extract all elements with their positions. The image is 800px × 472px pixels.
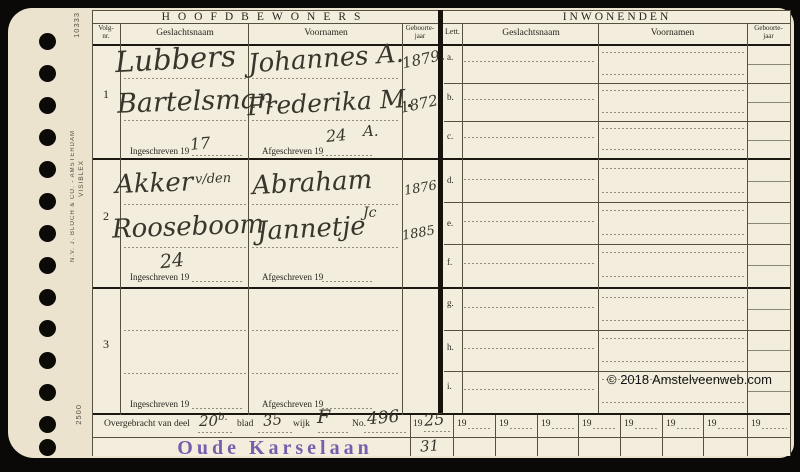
dotted-line [124,247,246,248]
year-cell-label: 19 [457,419,467,430]
rule [748,140,790,141]
row-letter: b. [447,92,454,102]
dotted-line [602,112,745,113]
transfer-value-wijk: F [317,408,330,427]
transfer-label-no: No. [352,419,366,430]
dotted-line [464,179,596,180]
row-letter: h. [447,342,454,352]
year-cell-label: 19 [624,419,634,430]
inwonenden-title: INWONENDEN [444,11,790,24]
ingeschreven-label: Ingeschreven 19 [130,146,189,156]
dotted-line [464,263,596,264]
row-letter: e. [447,218,453,228]
dotted-line [192,155,244,156]
copyright-watermark: © 2018 Amstelveenweb.com [607,372,772,387]
rule [747,415,748,456]
dotted-line [252,247,398,248]
header-geboortejaar-right: Geboorte- jaar [747,25,790,41]
handwritten-geslachtsnaam: Lubbers [114,42,236,77]
dotted-line [602,234,745,235]
rule [748,350,790,351]
dotted-line [602,320,745,321]
afgeschreven-label: Afgeschreven 19 [262,272,323,282]
punch-hole [39,65,56,82]
dotted-line [464,389,596,390]
dotted-line [602,297,745,298]
dotted-line [635,428,659,429]
dotted-line [677,428,700,429]
row-letter: d. [447,175,454,185]
hoofdbewoners-title: HOOFDBEWONERS [92,11,438,24]
dotted-line [602,168,745,169]
rule [748,181,790,182]
row-letter: f. [447,257,452,267]
dotted-line [464,61,596,62]
dotted-line [602,52,745,53]
header-voornamen: Voornamen [252,28,400,39]
year-cell-label: 19 [582,419,592,430]
ingeschreven-label: Ingeschreven 19 [130,399,189,409]
punch-hole [39,161,56,178]
punch-hole [39,416,56,433]
dotted-line [602,210,745,211]
surname: Akker [115,167,194,200]
punch-hole [39,33,56,50]
dotted-line [602,74,745,75]
dotted-line [252,78,398,79]
ingeschreven-label: Ingeschreven 19 [130,272,189,282]
dotted-line [424,431,450,432]
punch-hole [39,320,56,337]
rule [444,244,790,245]
rule [748,265,790,266]
handwritten-geslachtsnaam: Akkerv/den [115,168,232,198]
header-geslachtsnaam-right: Geslachtsnaam [466,28,596,39]
dotted-line [602,149,745,150]
transfer-label-blad: blad [237,419,253,430]
rule [748,223,790,224]
rule [92,10,93,456]
punch-hole [39,193,56,210]
dotted-line [124,120,246,121]
rule [444,121,790,122]
dotted-line [718,428,744,429]
dotted-line [318,432,350,433]
rule [598,23,599,413]
rule [662,415,663,456]
dotted-line [464,307,596,308]
punch-hole [39,97,56,114]
dotted-line [252,373,398,374]
header-geslachtsnaam: Geslachtsnaam [124,28,246,39]
dotted-line [602,361,745,362]
rule [444,330,790,331]
brand-imprint: VISIBLEX [78,160,85,197]
punch-hole [39,257,56,274]
dotted-line [602,192,745,193]
ingeschreven-value: 24 [159,251,185,272]
house-number: 31 [420,438,440,454]
dotted-line [510,428,534,429]
dotted-line [602,402,745,403]
header-volgnr: Volg- nr. [92,25,120,41]
dotted-line [322,155,372,156]
rule [747,23,748,413]
dotted-line [762,428,787,429]
dotted-line [322,281,372,282]
dotted-line [464,137,596,138]
dotted-line [124,373,246,374]
dotted-line [198,432,234,433]
form-number-top: 10333 [72,12,81,38]
dotted-line [124,204,246,205]
transfer-value-no: 496 [366,409,400,429]
punch-hole [39,129,56,146]
rule [402,23,403,415]
row-letter: g. [447,298,454,308]
handwritten-voornamen-continued: A. [363,124,379,139]
rule [790,10,791,456]
rule [462,23,463,413]
afgeschreven-label: Afgeschreven 19 [262,399,323,409]
dotted-line [192,281,244,282]
ingeschreven-value: 17 [189,135,211,153]
dotted-line [602,276,745,277]
transfer-label-deel: Overgebracht van deel [104,419,190,430]
form-number-bottom: 2500 [74,404,83,425]
year-cell-label: 19 [707,419,717,430]
header-geboortejaar: Geboorte- jaar [402,25,438,41]
row-letter: c. [447,131,453,141]
handwritten-geslachtsnaam: Rooseboom [112,211,265,242]
header-lett: Lett. [443,28,462,37]
rule [453,415,454,456]
deel-number: 20 [199,412,218,430]
rule [748,64,790,65]
volgnr-3: 3 [92,338,120,351]
dotted-line [252,330,398,331]
rule [578,415,579,456]
dotted-line [602,252,745,253]
scanned-register-card: 10333 VISIBLEX N.V. J. BLOCH & CO. - AMS… [0,0,800,472]
rule [444,202,790,203]
dotted-line [464,99,596,100]
rule [703,415,704,456]
year-cell-label: 19 [666,419,676,430]
dotted-line [552,428,575,429]
year-cell-label: 19 [499,419,509,430]
transfer-label-wijk: wijk [293,419,310,430]
header-voornamen-right: Voornamen [600,28,745,39]
section-divider [438,10,443,415]
transfer-year-value: 25 [423,411,445,429]
dotted-line [602,128,745,129]
punch-hole [39,289,56,306]
punch-hole [39,225,56,242]
punch-hole [39,439,56,456]
transfer-value-blad: 35 [262,412,283,429]
dotted-line [593,428,617,429]
rule [748,309,790,310]
rule [495,415,496,456]
dotted-line [602,90,745,91]
transfer-value-deel: 20b. [199,413,228,429]
rule [444,83,790,84]
year-cell-label: 19 [541,419,551,430]
row-letter: i. [447,381,452,391]
rule [748,102,790,103]
deel-letter: b. [218,412,228,423]
dotted-line [464,348,596,349]
dotted-line [468,428,492,429]
year-cell-label: 19 [751,419,761,430]
rule [748,391,790,392]
handwritten-voornamen: Abraham [251,167,372,199]
afgeschreven-value: 24 [325,127,347,145]
dotted-line [252,204,398,205]
dotted-line [252,120,398,121]
street-name-stamp: Oude Karselaan [155,437,395,460]
rule [620,415,621,456]
dotted-line [258,432,294,433]
rule [537,415,538,456]
dotted-line [124,330,246,331]
dotted-line [602,338,745,339]
rule [410,415,411,456]
tussenvoegsel: v/den [195,171,232,187]
company-imprint: N.V. J. BLOCH & CO. - AMSTERDAM [70,130,76,262]
punch-hole [39,384,56,401]
dotted-line [124,78,246,79]
handwritten-voornamen: Jannetje [256,213,366,245]
dotted-line [192,408,244,409]
punch-hole [39,352,56,369]
row-letter: a. [447,52,453,62]
year-cell-label: 19 [413,419,423,430]
afgeschreven-label: Afgeschreven 19 [262,146,323,156]
dotted-line [364,432,408,433]
dotted-line [464,221,596,222]
